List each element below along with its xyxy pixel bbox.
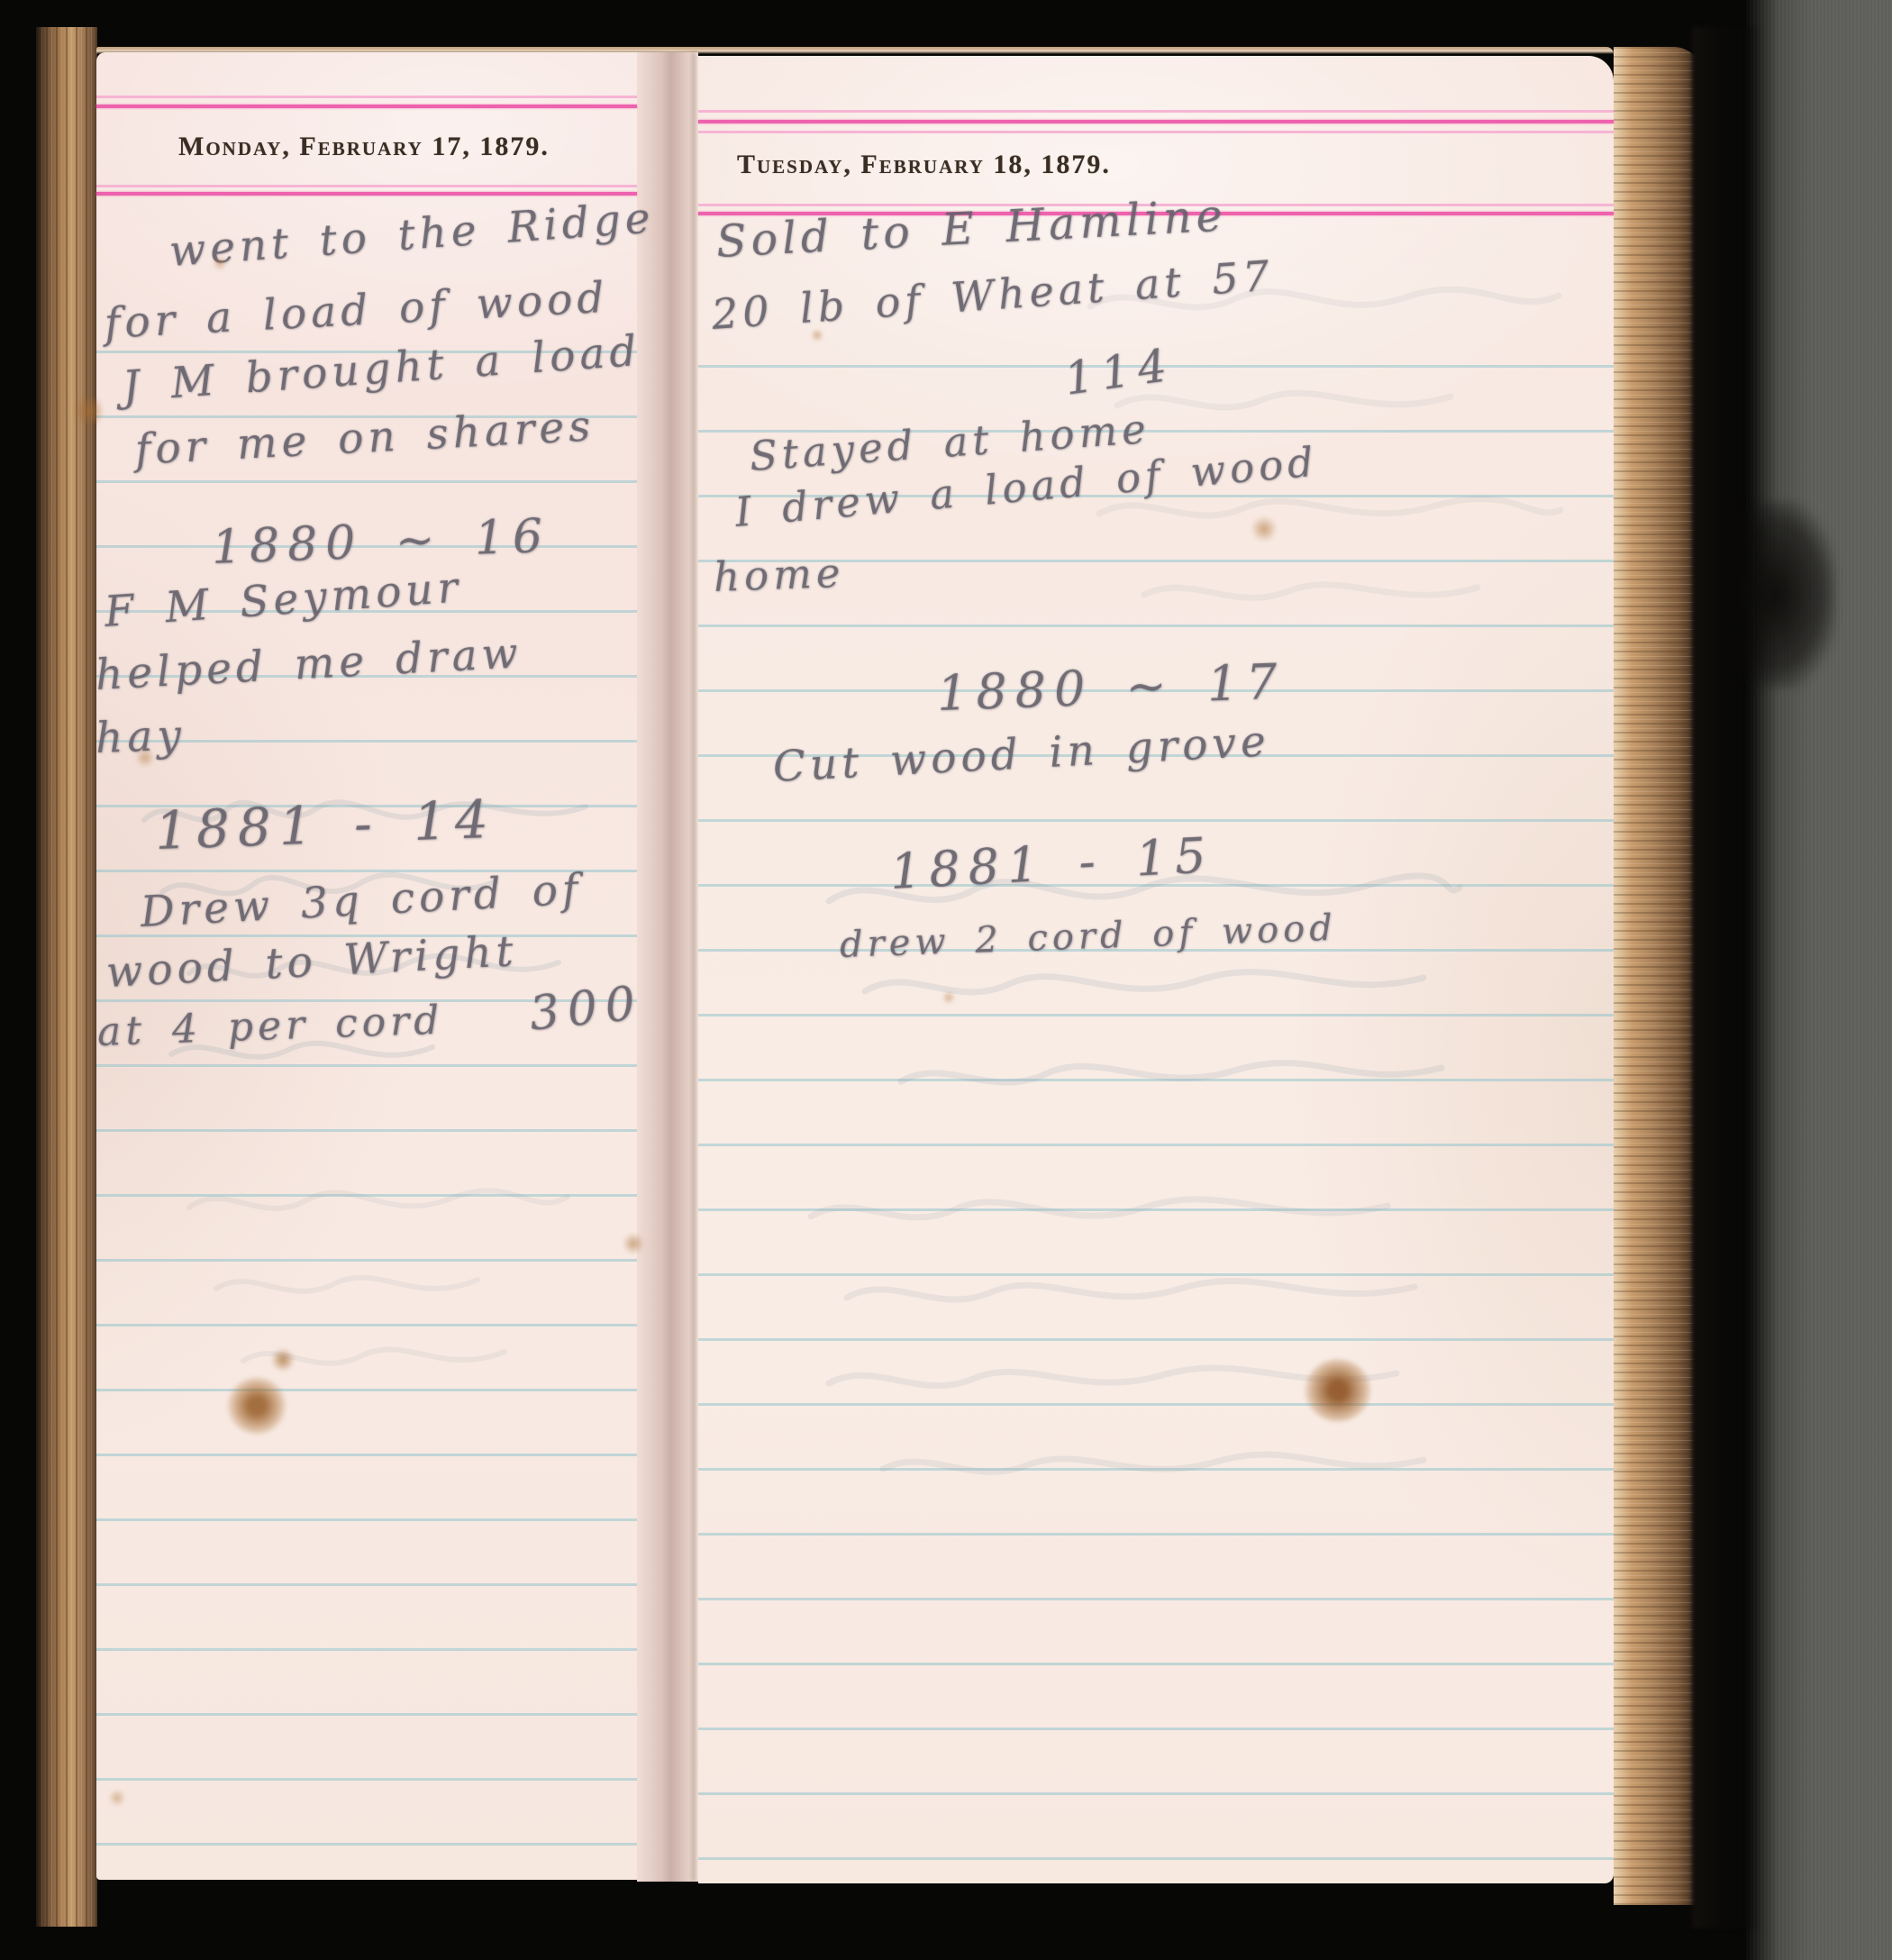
pink-rule [96,105,637,108]
right-page-date-header: Tuesday, February 18, 1879. [737,150,1111,180]
pink-rule [96,192,637,196]
stain [942,991,955,1004]
gutter-fold-line [692,52,696,1882]
stain [108,1790,126,1806]
pink-rule [698,131,1614,133]
left-page-date-header: Monday, February 17, 1879. [178,132,550,162]
pink-rule [698,120,1614,123]
handwritten-line: 1881 - 14 [154,789,497,861]
pink-rule [698,110,1614,113]
blue-ruled-lines-right [698,303,1614,1878]
stain [622,1233,645,1254]
stain [213,256,227,270]
stain [76,393,103,429]
handwritten-line: 1880 ~ 17 [936,653,1287,722]
scanned-diary-spread: Monday, February 17, 1879. Tuesday, Febr… [0,0,1892,1960]
pink-rule [96,185,637,187]
center-gutter [637,52,698,1882]
right-fore-edge-pages [1614,47,1704,1905]
stain [1305,1359,1371,1422]
stain [135,748,155,768]
stain [811,329,823,342]
stain [227,1377,287,1435]
left-page-edges [36,27,97,1927]
stain [1251,515,1278,542]
right-cover-edge [1692,27,1762,1928]
handwritten-line: home [713,549,845,601]
scanner-background [1746,0,1892,1960]
pink-rule [96,96,637,98]
stain [270,1348,296,1372]
